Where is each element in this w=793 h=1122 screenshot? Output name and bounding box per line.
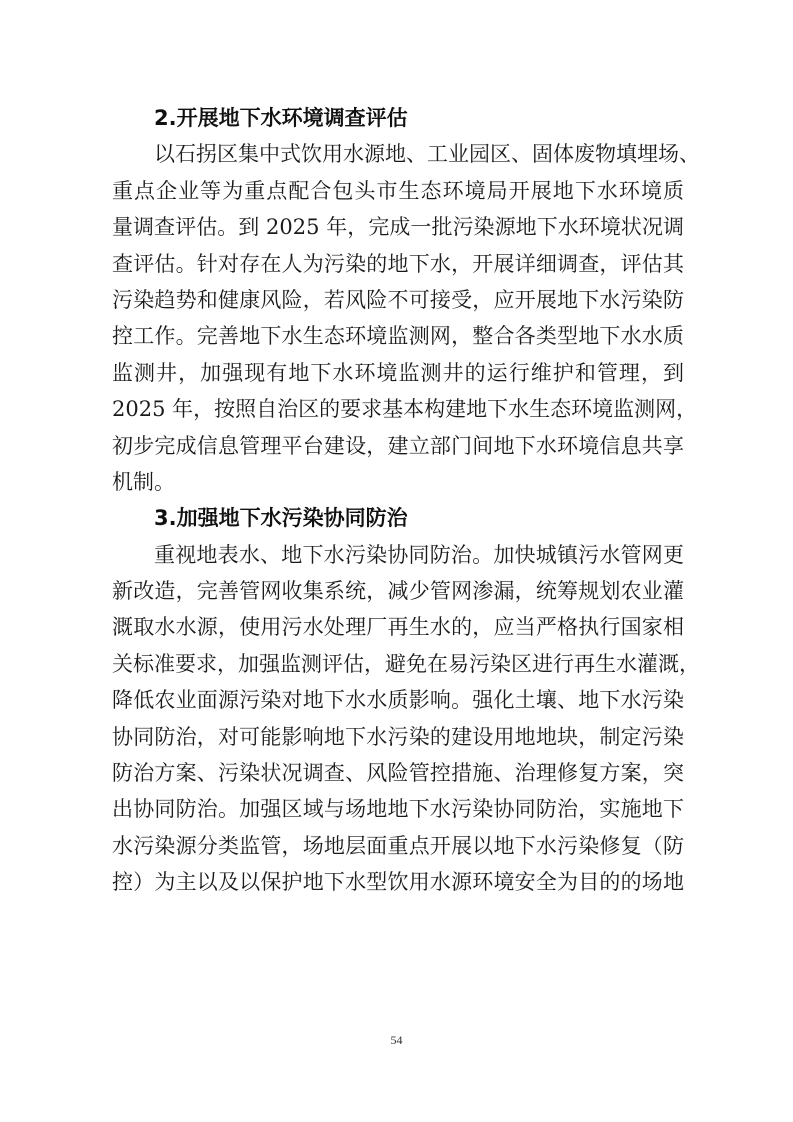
paragraph-line: 控）为主以及以保护地下水型饮用水源环境安全为目的的场地: [112, 864, 684, 900]
paragraph-line: 以石拐区集中式饮用水源地、工业园区、固体废物填埋场、: [112, 136, 684, 172]
paragraph-line: 重点企业等为重点配合包头市生态环境局开展地下水环境质: [112, 173, 684, 209]
paragraph-line: 重视地表水、地下水污染协同防治。加快城镇污水管网更: [112, 537, 684, 573]
page-content: 2.开展地下水环境调查评估 以石拐区集中式饮用水源地、工业园区、固体废物填埋场、…: [112, 100, 684, 901]
section-heading-2: 2.开展地下水环境调查评估: [112, 100, 684, 136]
paragraph-line: 溉取水水源，使用污水处理厂再生水的，应当严格执行国家相: [112, 609, 684, 645]
page-number: 54: [0, 1033, 793, 1048]
paragraph-line: 出协同防治。加强区域与场地地下水污染协同防治，实施地下: [112, 791, 684, 827]
paragraph-line: 查评估。针对存在人为污染的地下水，开展详细调查，评估其: [112, 246, 684, 282]
paragraph-line: 初步完成信息管理平台建设，建立部门间地下水环境信息共享: [112, 428, 684, 464]
paragraph-line: 关标准要求，加强监测评估，避免在易污染区进行再生水灌溉，: [112, 646, 684, 682]
paragraph-line: 防治方案、污染状况调查、风险管控措施、治理修复方案，突: [112, 755, 684, 791]
paragraph-line: 2025 年，按照自治区的要求基本构建地下水生态环境监测网，: [112, 391, 684, 427]
paragraph-line: 监测井，加强现有地下水环境监测井的运行维护和管理，到: [112, 355, 684, 391]
paragraph-line: 降低农业面源污染对地下水水质影响。强化土壤、地下水污染: [112, 682, 684, 718]
document-page: 2.开展地下水环境调查评估 以石拐区集中式饮用水源地、工业园区、固体废物填埋场、…: [0, 0, 793, 1122]
paragraph-line: 量调查评估。到 2025 年，完成一批污染源地下水环境状况调: [112, 209, 684, 245]
paragraph-line: 污染趋势和健康风险，若风险不可接受，应开展地下水污染防: [112, 282, 684, 318]
paragraph-line: 水污染源分类监管，场地层面重点开展以地下水污染修复（防: [112, 828, 684, 864]
section-heading-3: 3.加强地下水污染协同防治: [112, 500, 684, 536]
paragraph-line: 新改造，完善管网收集系统，减少管网渗漏，统筹规划农业灌: [112, 573, 684, 609]
paragraph-line: 协同防治，对可能影响地下水污染的建设用地地块，制定污染: [112, 719, 684, 755]
paragraph-line: 机制。: [112, 464, 684, 500]
paragraph-line: 控工作。完善地下水生态环境监测网，整合各类型地下水水质: [112, 318, 684, 354]
